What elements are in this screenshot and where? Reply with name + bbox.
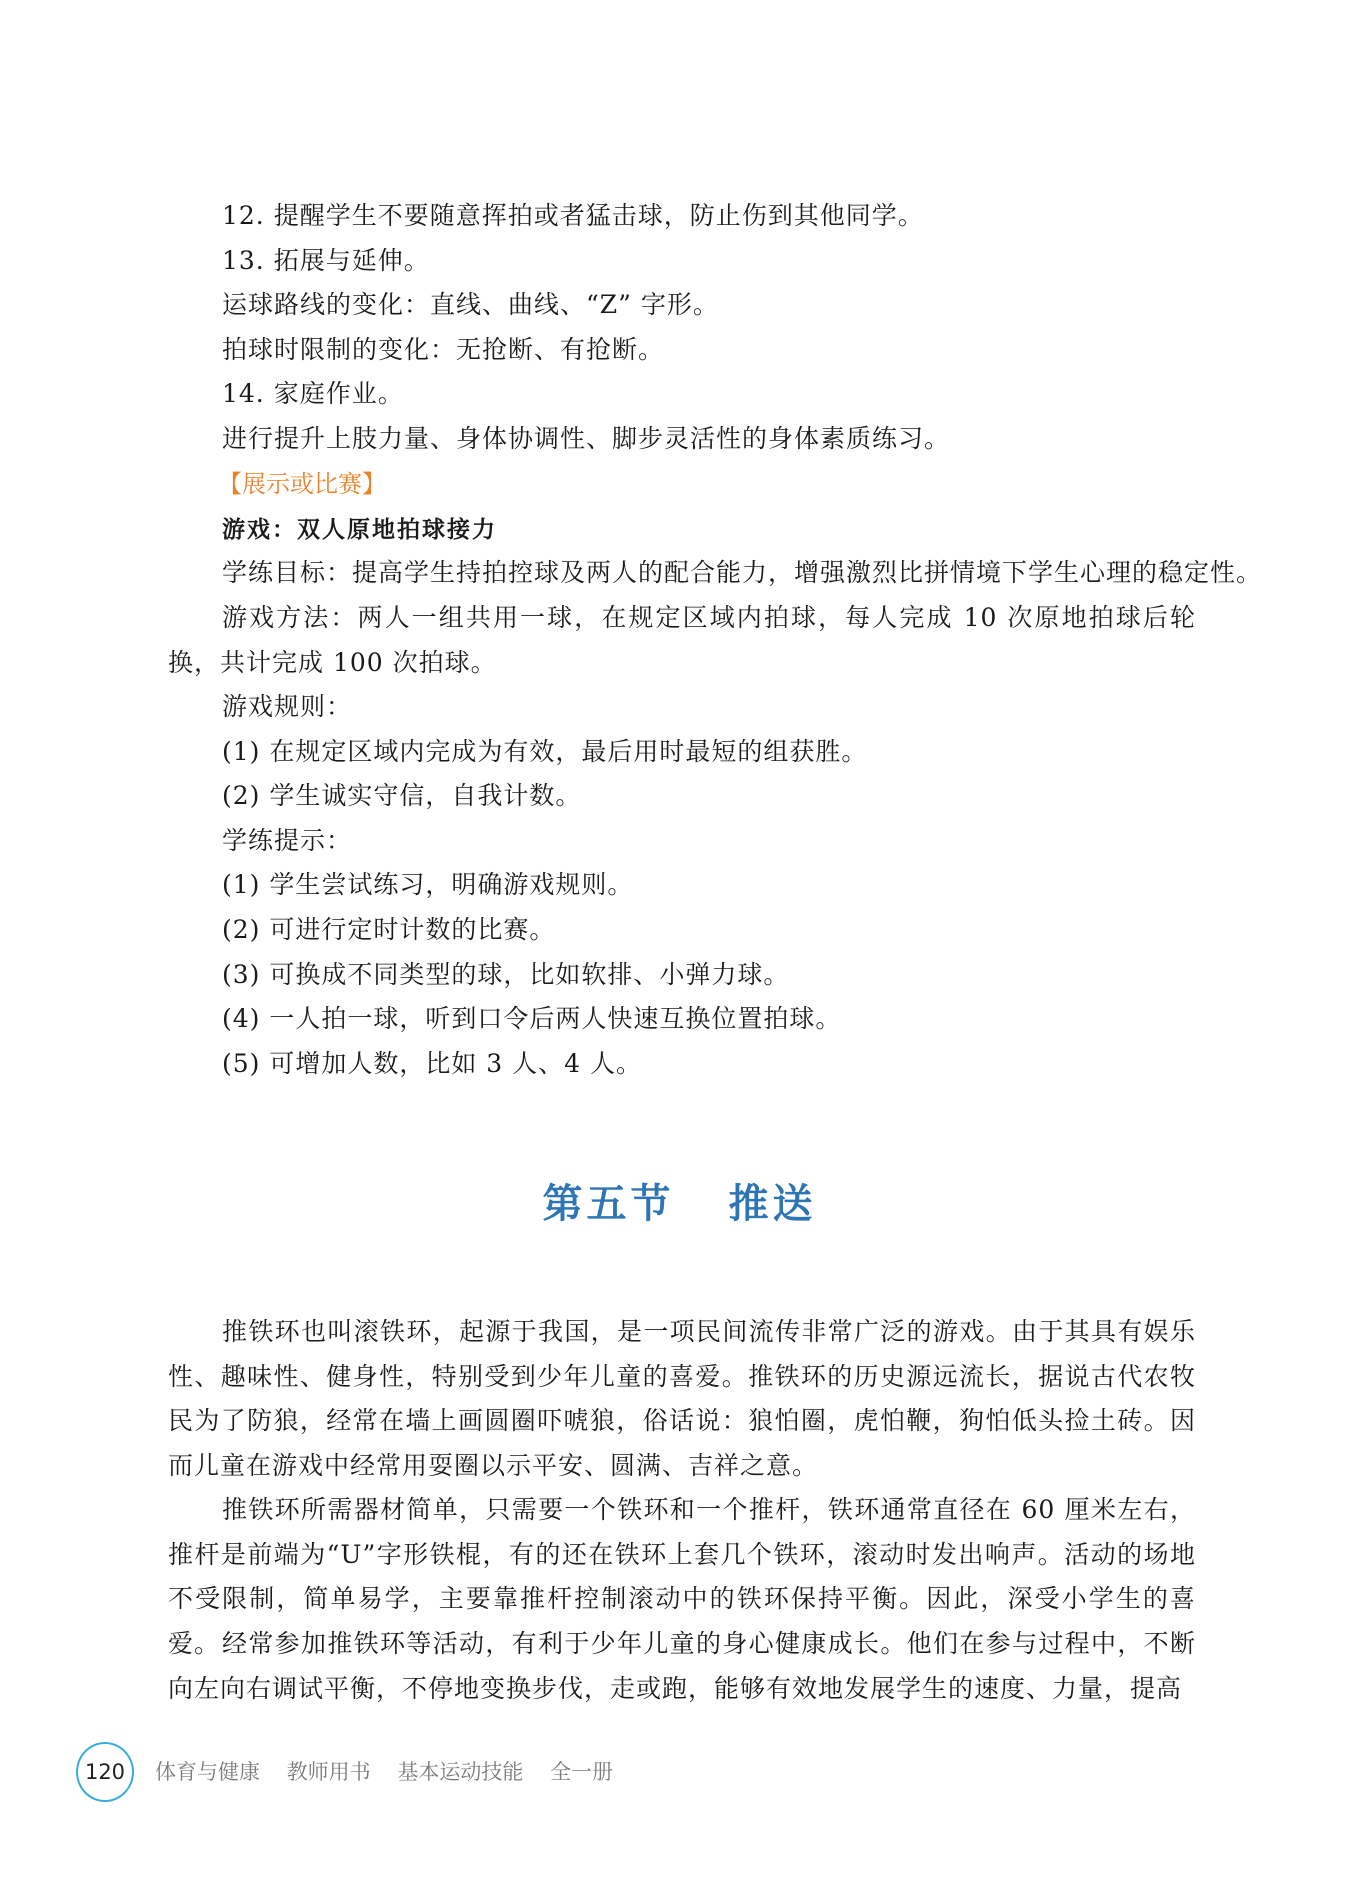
dribble-route-variation: 运球路线的变化：直线、曲线、“Z” 字形。 xyxy=(222,290,719,320)
book-subject: 体育与健康 xyxy=(155,1760,260,1784)
book-volume: 全一册 xyxy=(550,1760,613,1784)
tips-label: 学练提示： xyxy=(222,826,352,856)
rule-item: (1) 在规定区域内完成为有效，最后用时最短的组获胜。 xyxy=(222,737,867,767)
game-goal: 学练目标：提高学生持拍控球及两人的配合能力，增强激烈比拼情境下学生心理的稳定性。 xyxy=(222,558,1262,588)
book-topic: 基本运动技能 xyxy=(397,1760,523,1784)
tip-item: (4) 一人拍一球，听到口令后两人快速互换位置拍球。 xyxy=(222,1004,841,1034)
page-number: 120 xyxy=(85,1760,125,1784)
item-12: 12. 提醒学生不要随意挥拍或者猛击球，防止伤到其他同学。 xyxy=(222,201,924,231)
rule-item: (2) 学生诚实守信，自我计数。 xyxy=(222,781,581,811)
page-number-badge: 120 xyxy=(76,1742,134,1802)
section-name: 推送 xyxy=(729,1172,817,1229)
tip-item: (5) 可增加人数，比如 3 人、4 人。 xyxy=(222,1049,642,1079)
item-14: 14. 家庭作业。 xyxy=(222,379,404,409)
bounce-restriction-variation: 拍球时限制的变化：无抢断、有抢断。 xyxy=(222,335,664,365)
section-number: 第五节 xyxy=(543,1172,675,1229)
paragraph-benefits: 经常参加推铁环等活动，有利于少年儿童的身心健康成长。他们在参与过程中，不断向左向… xyxy=(168,1622,1196,1711)
book-title-footer: 体育与健康 教师用书 基本运动技能 全一册 xyxy=(155,1756,633,1786)
section-title: 第五节推送 xyxy=(0,1172,1359,1229)
game-heading: 游戏：双人原地拍球接力 xyxy=(222,515,497,545)
tip-item: (1) 学生尝试练习，明确游戏规则。 xyxy=(222,870,633,900)
book-type: 教师用书 xyxy=(287,1760,371,1784)
rules-label: 游戏规则： xyxy=(222,692,352,722)
tip-item: (2) 可进行定时计数的比赛。 xyxy=(222,915,555,945)
paragraph-intro: 推铁环也叫滚铁环，起源于我国，是一项民间流传非常广泛的游戏。由于其具有娱乐性、趣… xyxy=(168,1310,1196,1488)
item-13: 13. 拓展与延伸。 xyxy=(222,246,430,276)
tip-item: (3) 可换成不同类型的球，比如软排、小弹力球。 xyxy=(222,960,789,990)
homework-text: 进行提升上肢力量、身体协调性、脚步灵活性的身体素质练习。 xyxy=(222,424,950,454)
game-method: 游戏方法：两人一组共用一球，在规定区域内拍球，每人完成 10 次原地拍球后轮换，… xyxy=(168,596,1196,685)
showcase-tag: 【展示或比赛】 xyxy=(218,469,386,499)
